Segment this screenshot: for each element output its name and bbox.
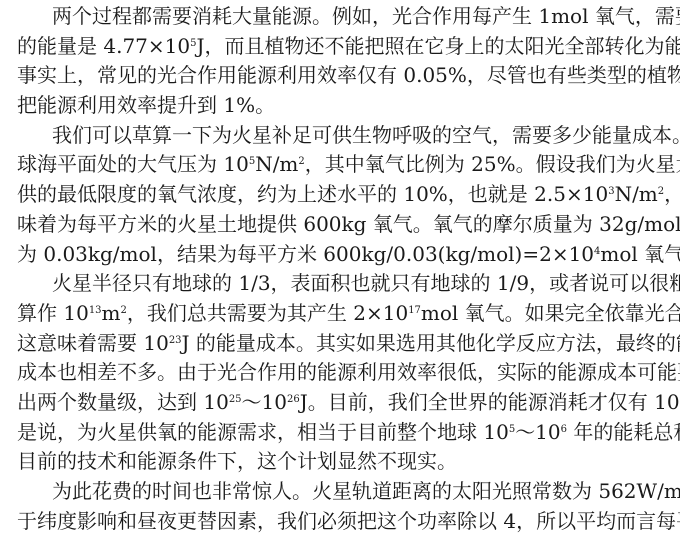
text-line: 这意味着需要 1023J 的能量成本。其实如果选用其他化学反应方法，最终的能量 xyxy=(17,329,665,359)
text-line: 火星半径只有地球的 1/3，表面积也就只有地球的 1/9，或者说可以很粗略地 xyxy=(17,269,665,299)
text-line: 事实上，常见的光合作用能源利用效率仅有 0.05%，尽管也有些类型的植物，能够 xyxy=(17,61,665,91)
text-line: 的能量是 4.77×105J，而且植物还不能把照在它身上的太阳光全部转化为能量。 xyxy=(17,32,665,62)
exponent: 13 xyxy=(89,305,102,316)
text-line: 两个过程都需要消耗大量能源。例如，光合作用每产生 1mol 氧气，需要消耗 xyxy=(17,2,665,32)
text-line: 目前的技术和能源条件下，这个计划显然不现实。 xyxy=(17,447,665,477)
text-line: 把能源利用效率提升到 1%。 xyxy=(17,91,665,121)
exponent: 4 xyxy=(594,246,600,257)
text-line: 成本也相差不多。由于光合作用的能源利用效率很低，实际的能源成本可能要高 xyxy=(17,358,665,388)
exponent: 5 xyxy=(509,424,515,435)
text-line: 味着为每平方米的火星土地提供 600kg 氧气。氧气的摩尔质量为 32g/mol… xyxy=(17,210,665,240)
exponent: 5 xyxy=(190,38,196,49)
paragraph-4: 为此花费的时间也非常惊人。火星轨道距离的太阳光照常数为 562W/m2，由 于纬… xyxy=(17,477,665,536)
exponent: 5 xyxy=(249,156,255,167)
text-line: 球海平面处的大气压为 105N/m2，其中氧气比例为 25%。假设我们为火星大气… xyxy=(17,150,665,180)
text-line: 为此花费的时间也非常惊人。火星轨道距离的太阳光照常数为 562W/m2，由 xyxy=(17,477,665,507)
text-line: 算作 1013m2，我们总共需要为其产生 2×1017mol 氧气。如果完全依靠… xyxy=(17,299,665,329)
exponent: 23 xyxy=(169,335,182,346)
exponent: 2 xyxy=(658,186,664,197)
text-line: 为 0.03kg/mol，结果为每平方米 600kg/0.03(kg/mol)=… xyxy=(17,240,665,270)
text-line: 于纬度影响和昼夜更替因素，我们必须把这个功率除以 4，所以平均而言每平方米 xyxy=(17,507,665,537)
exponent: 3 xyxy=(608,186,614,197)
exponent: 2 xyxy=(298,156,304,167)
exponent: 6 xyxy=(561,424,567,435)
text-line: 我们可以草算一下为火星补足可供生物呼吸的空气，需要多少能量成本。地 xyxy=(17,121,665,151)
exponent: 26 xyxy=(287,394,300,405)
text-line: 供的最低限度的氧气浓度，约为上述水平的 10%，也就是 2.5×103N/m2，… xyxy=(17,180,665,210)
text-line: 出两个数量级，达到 1025～1026J。目前，我们全世界的能源消耗才仅有 10… xyxy=(17,388,665,418)
exponent: 25 xyxy=(229,394,242,405)
paragraph-2: 我们可以草算一下为火星补足可供生物呼吸的空气，需要多少能量成本。地 球海平面处的… xyxy=(17,121,665,269)
paragraph-3: 火星半径只有地球的 1/3，表面积也就只有地球的 1/9，或者说可以很粗略地 算… xyxy=(17,269,665,477)
document-page: 两个过程都需要消耗大量能源。例如，光合作用每产生 1mol 氧气，需要消耗 的能… xyxy=(17,2,665,536)
text-line: 是说，为火星供氧的能源需求，相当于目前整个地球 105～106 年的能耗总和。在 xyxy=(17,418,665,448)
paragraph-1: 两个过程都需要消耗大量能源。例如，光合作用每产生 1mol 氧气，需要消耗 的能… xyxy=(17,2,665,121)
exponent: 17 xyxy=(408,305,421,316)
exponent: 2 xyxy=(121,305,127,316)
